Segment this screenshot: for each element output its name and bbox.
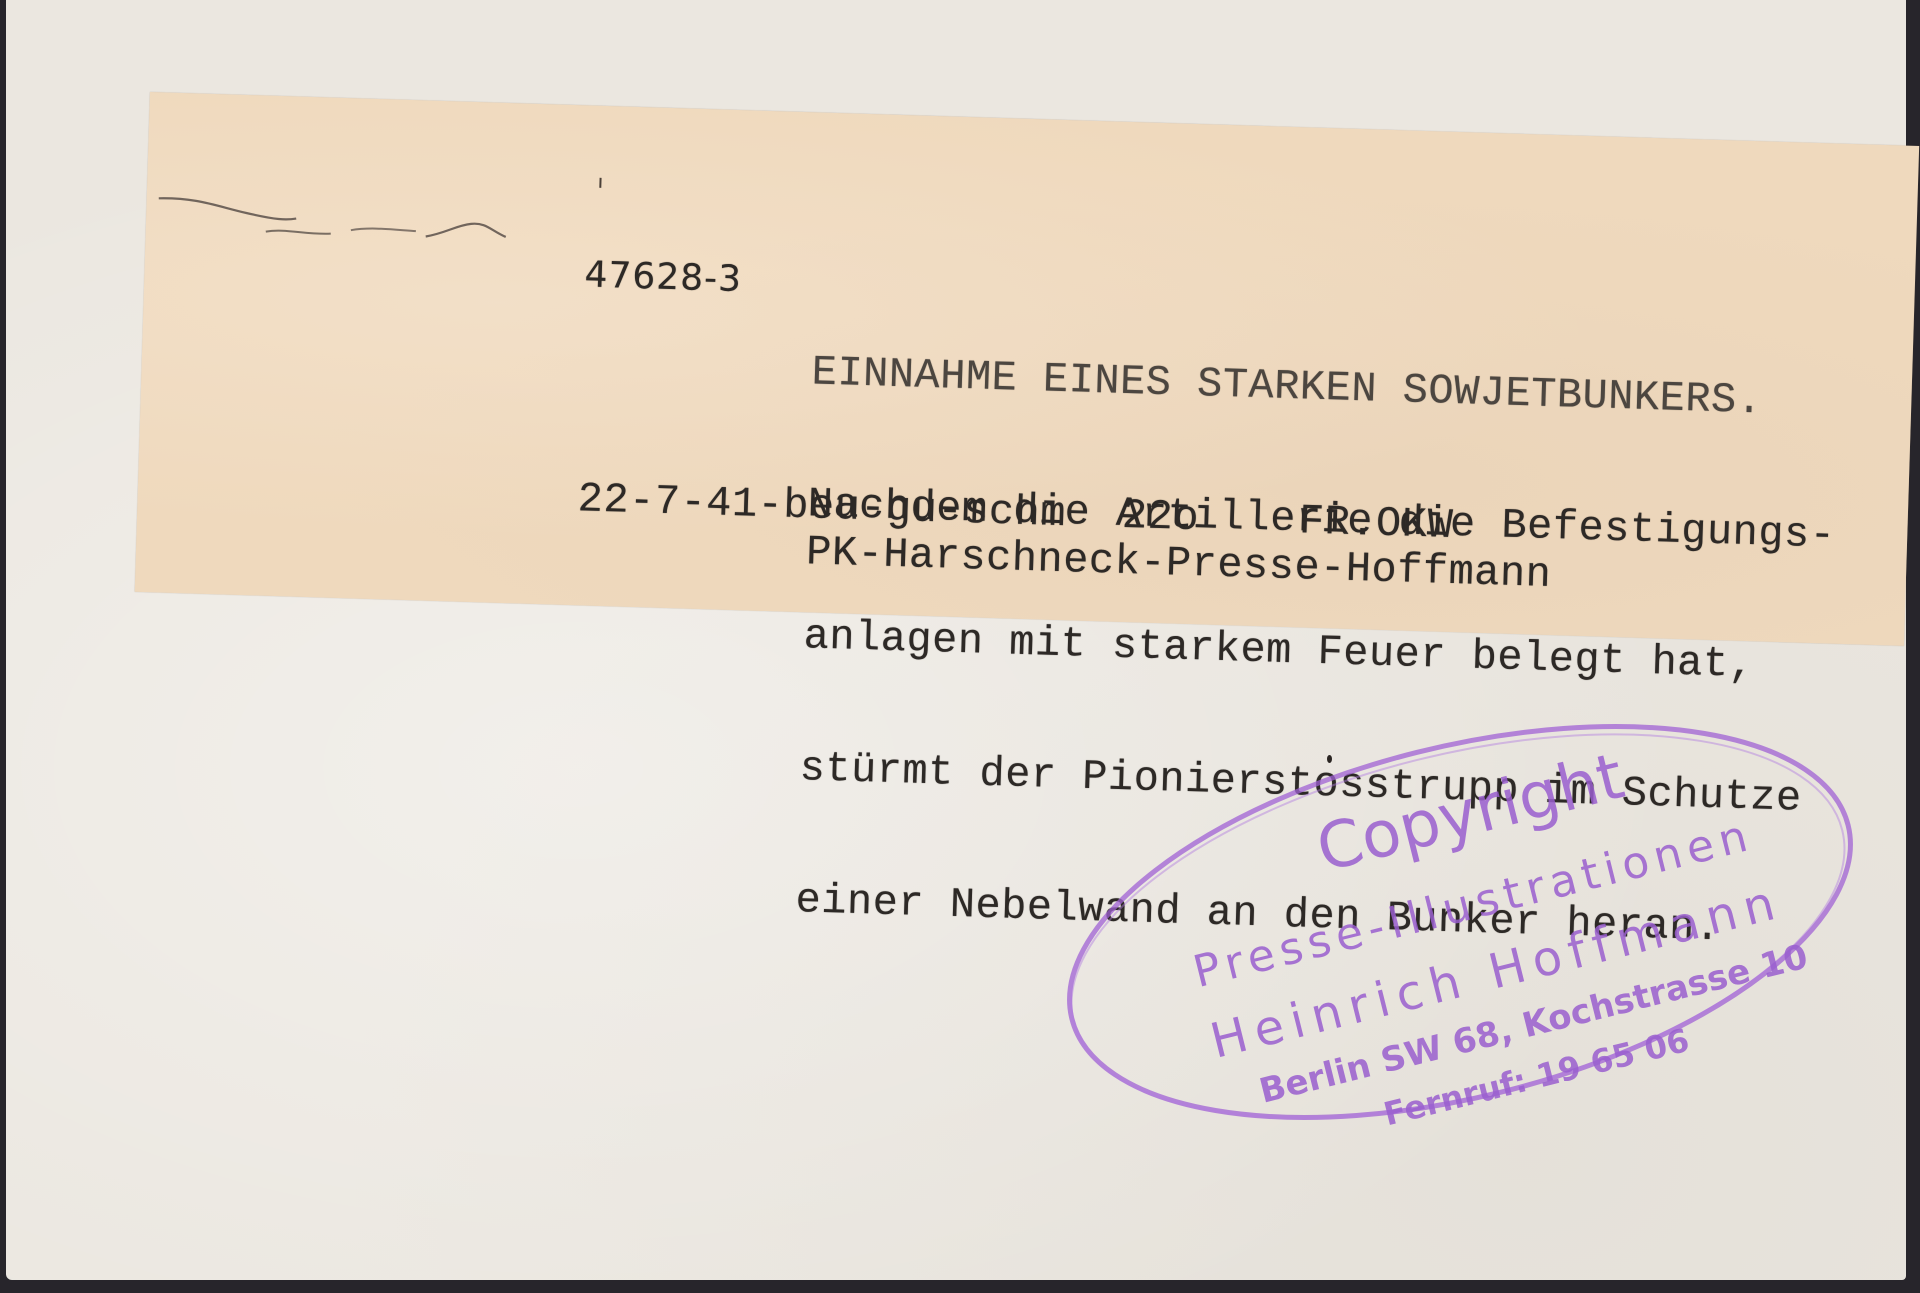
reference-number: 47628-3 — [584, 253, 743, 302]
release-authority: FR.OKW — [1298, 497, 1454, 550]
tick-mark — [599, 178, 601, 188]
caption-slip: 47628-3 EINNAHME EINES STARKEN SOWJETBUN… — [135, 92, 1919, 646]
caption-title: EINNAHME EINES STARKEN SOWJETBUNKERS. — [811, 350, 1840, 425]
stamp-graphic: Copyright Presse-Illustrationen Heinrich… — [1040, 690, 1880, 1150]
pen-scribble-mark — [156, 190, 537, 242]
caption-body-line-2: anlagen mit starkem Feuer belegt hat, — [803, 614, 1832, 689]
copyright-stamp: Copyright Presse-Illustrationen Heinrich… — [1040, 690, 1880, 1150]
photo-number: 22o — [1121, 492, 1200, 542]
